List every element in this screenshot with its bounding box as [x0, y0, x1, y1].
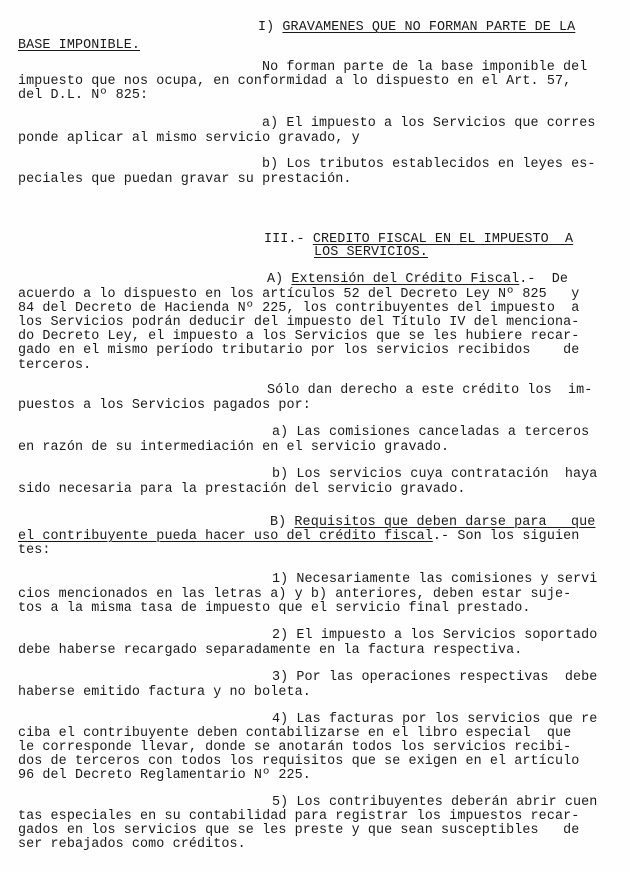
section-1-item-b-line1: b) Los tributos establecidos en leyes es… [262, 158, 596, 172]
sub-b-item-4-first: 4) Las facturas por los servicios que re [272, 713, 597, 727]
section-1-heading: I) GRAVAMENES QUE NO FORMAN PARTE DE LA [258, 21, 575, 35]
sub-b-item-1-line2: cios mencionados en las letras a) y b) a… [18, 588, 571, 602]
sub-a-title-suffix: .- De [519, 272, 568, 287]
sub-b-item-2-first: 2) El impuesto a los Servicios soportado [272, 629, 597, 643]
section-3-number: III.- [264, 232, 305, 247]
section-1-intro-line2: impuesto que nos ocupa, en conformidad a… [18, 75, 571, 89]
sub-a-line5: gado en el mismo período tributario por … [18, 344, 579, 358]
section-1-intro-line1: No forman parte de la base imponible del [262, 61, 587, 75]
sub-a-line1: acuerdo a lo dispuesto en los artículos … [18, 288, 579, 302]
sub-a-line2: 84 del Decreto de Hacienda Nº 225, los c… [18, 302, 579, 316]
sub-a-heading: A) Extensión del Crédito Fiscal.- De [267, 273, 568, 287]
sub-a-line6: terceros. [18, 359, 91, 373]
sub-b-item-4-line5: 96 del Decreto Reglamentario Nº 225. [18, 769, 311, 783]
sub-a-title: Extensión del Crédito Fiscal [291, 272, 519, 287]
sub-b-item-5-first: 5) Los contribuyentes deberán abrir cuen [272, 796, 597, 810]
sub-b-item-2-line2: debe haberse recargado separadamente en … [18, 644, 522, 658]
sub-b-cont: tes: [18, 544, 51, 558]
document-page: I) GRAVAMENES QUE NO FORMAN PARTE DE LA … [0, 0, 630, 872]
sub-b-item-1-line3: tos a la misma tasa de impuesto que el s… [18, 602, 531, 616]
sub-b-item-5-line4: ser rebajados como créditos. [18, 838, 246, 852]
sub-b-title-line2: el contribuyente pueda hacer uso del cré… [18, 529, 433, 544]
sub-b-item-3-first: 3) Por las operaciones respectivas debe [272, 671, 597, 685]
sub-a-line4: do Decreto Ley, el impuesto a los Servic… [18, 330, 579, 344]
section-1-item-a-line1: a) El impuesto a los Servicios que corre… [262, 117, 596, 131]
sub-b-item-4-line3: le corresponde llevar, donde se anotarán… [18, 741, 571, 755]
sub-a-item-b-line1: b) Los servicios cuya contratación haya [272, 468, 597, 482]
sub-b-heading: B) Requisitos que deben darse para que [270, 516, 595, 530]
section-1-title-line1: GRAVAMENES QUE NO FORMAN PARTE DE LA [282, 20, 575, 35]
sub-a-only-line1: Sólo dan derecho a este crédito los im- [267, 384, 592, 398]
sub-a-only-line2: puestos a los Servicios pagados por: [18, 399, 311, 413]
sub-b-item-5-line2: tas especiales en su contabilidad para r… [18, 810, 579, 824]
section-3-title-line2: LOS SERVICIOS. [314, 246, 428, 260]
sub-b-label: B) [270, 515, 286, 530]
section-1-item-b-line2: peciales que puedan gravar su prestación… [18, 173, 352, 187]
sub-b-heading-line2: el contribuyente pueda hacer uso del cré… [18, 530, 579, 544]
sub-a-line3: los Servicios podrán deducir del impuest… [18, 316, 579, 330]
sub-b-item-3-line2: haberse emitido factura y no boleta. [18, 686, 311, 700]
sub-b-title-line1: Requisitos que deben darse para que [294, 515, 595, 530]
section-1-number: I) [258, 20, 274, 35]
sub-a-item-a-line2: en razón de su intermediación en el serv… [18, 441, 449, 455]
sub-b-item-5-line3: gados en los servicios que se les preste… [18, 824, 579, 838]
sub-a-item-b-line2: sido necesaria para la prestación del se… [18, 483, 465, 497]
section-1-title-line2: BASE IMPONIBLE. [18, 39, 140, 53]
section-1-item-a-line2: ponde aplicar al mismo servicio gravado,… [18, 132, 360, 146]
sub-b-item-4-line4: dos de terceros con todos los requisitos… [18, 755, 579, 769]
sub-b-item-1-first: 1) Necesariamente las comisiones y servi [272, 573, 597, 587]
sub-b-title-suffix: .- Son los siguien [433, 529, 579, 544]
sub-a-item-a-line1: a) Las comisiones canceladas a terceros [272, 426, 589, 440]
sub-a-label: A) [267, 272, 283, 287]
sub-b-item-4-line2: ciba el contribuyente deben contabilizar… [18, 727, 571, 741]
section-1-intro-line3: del D.L. Nº 825: [18, 89, 148, 103]
